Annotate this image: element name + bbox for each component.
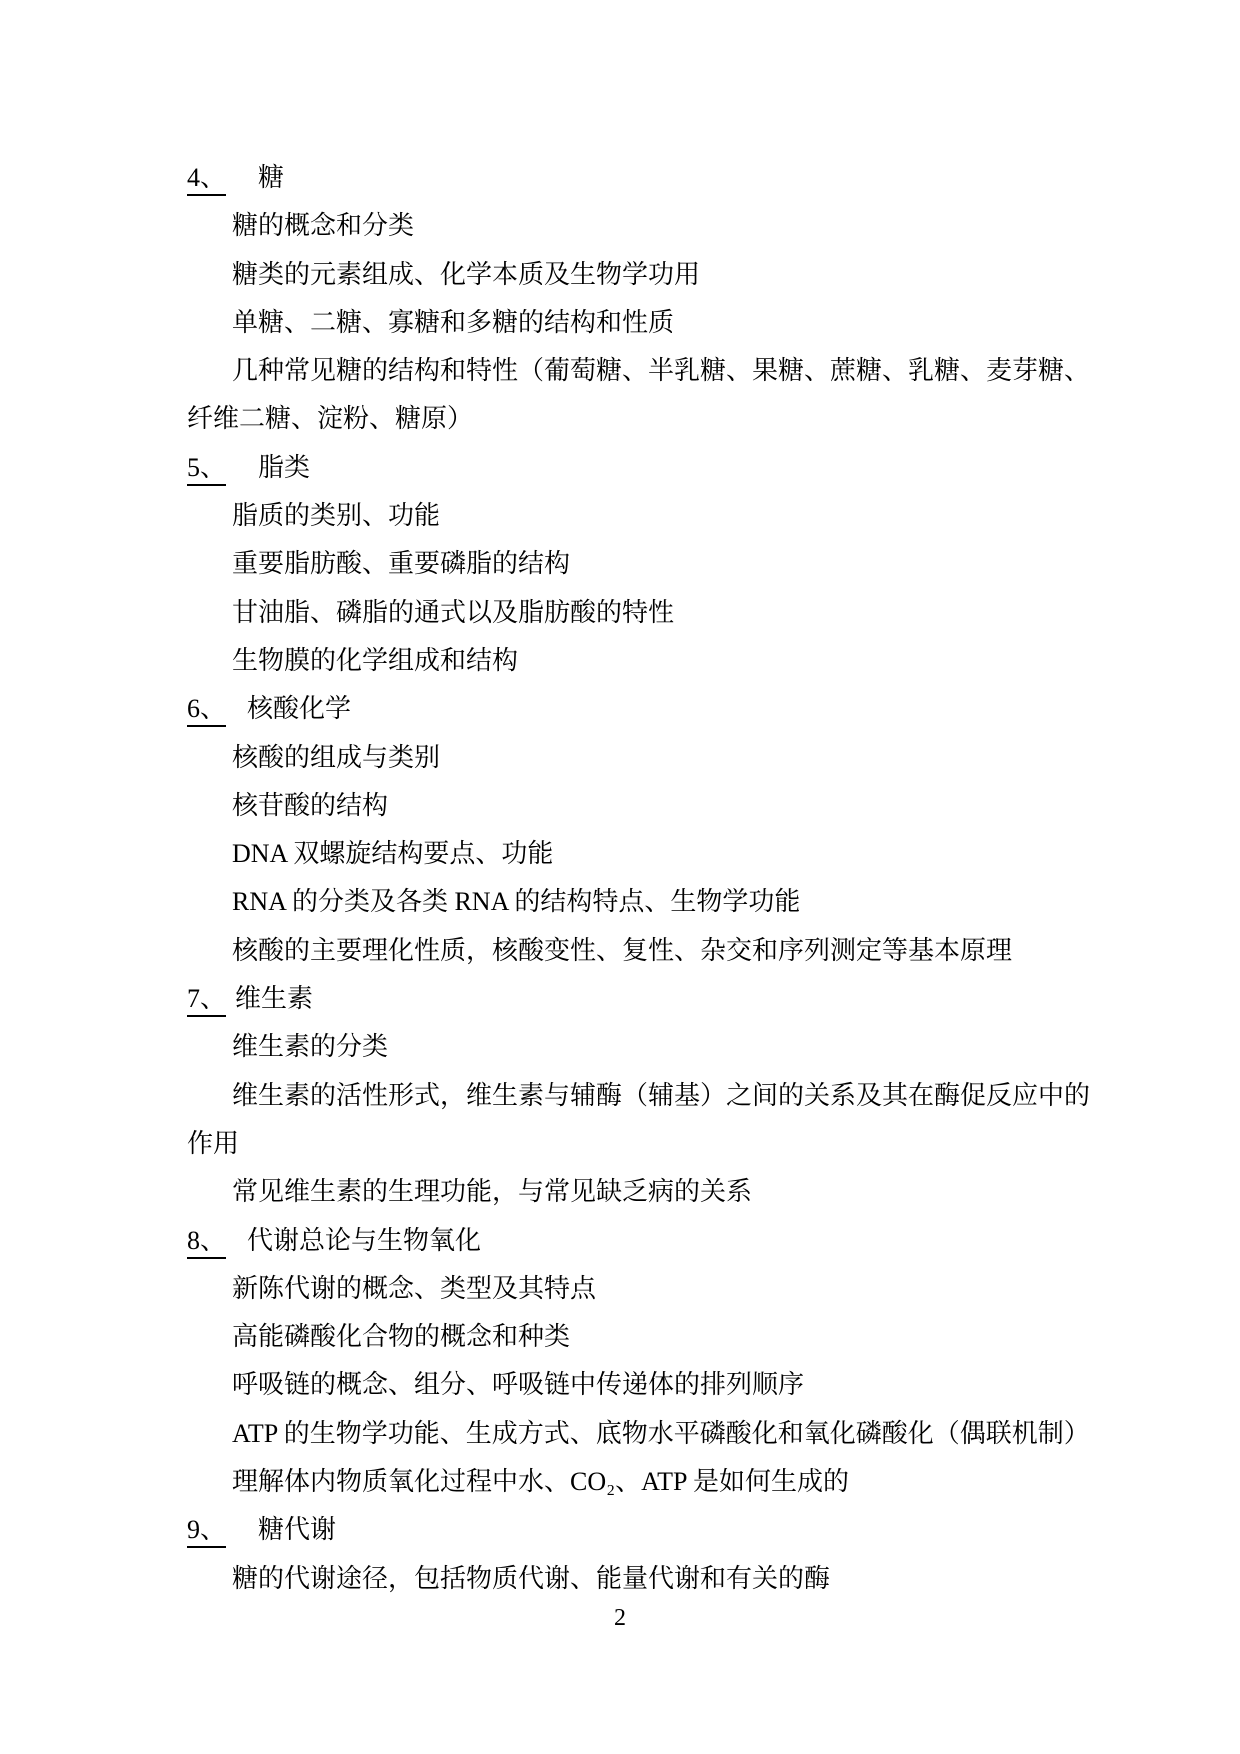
topic-line: 甘油脂、磷脂的通式以及脂肪酸的特性 [187,589,1147,637]
page-number: 2 [0,1601,1240,1635]
section-number: 5、 [187,453,226,486]
topic-line: RNA 的分类及各类 RNA 的结构特点、生物学功能 [187,878,1147,926]
section-heading: 6、核酸化学 [187,685,1147,733]
section-title: 核酸化学 [247,694,351,723]
topic-line: 核酸的主要理化性质，核酸变性、复性、杂交和序列测定等基本原理 [187,927,1147,975]
section-heading: 8、代谢总论与生物氧化 [187,1217,1147,1265]
section-title: 脂类 [258,453,310,482]
topic-line: 糖的概念和分类 [187,202,1147,250]
topic-line: 几种常见糖的结构和特性（葡萄糖、半乳糖、果糖、蔗糖、乳糖、麦芽糖、 [187,347,1147,395]
topic-line: 维生素的分类 [187,1023,1147,1071]
topic-line: 糖的代谢途径，包括物质代谢、能量代谢和有关的酶 [187,1555,1147,1603]
section-number: 4、 [187,163,226,196]
section-heading: 9、糖代谢 [187,1506,1147,1554]
topic-line: 重要脂肪酸、重要磷脂的结构 [187,540,1147,588]
section-title: 糖 [258,163,284,192]
section-heading: 4、糖 [187,154,1147,202]
section-title: 代谢总论与生物氧化 [247,1226,481,1255]
section-number: 9、 [187,1515,226,1548]
topic-line: DNA 双螺旋结构要点、功能 [187,830,1147,878]
paragraph-continuation-line: 纤维二糖、淀粉、糖原） [187,395,1147,443]
section-title: 糖代谢 [258,1515,336,1544]
topic-line: 生物膜的化学组成和结构 [187,637,1147,685]
document-page: { "page": { "number_label": "2" }, "docu… [0,0,1240,1754]
paragraph-continuation-line: 作用 [187,1120,1147,1168]
section-number: 8、 [187,1226,226,1259]
section-heading: 5、脂类 [187,444,1147,492]
section-heading: 7、维生素 [187,975,1147,1023]
topic-line: 脂质的类别、功能 [187,492,1147,540]
topic-line: 常见维生素的生理功能，与常见缺乏病的关系 [187,1168,1147,1216]
topic-line: 呼吸链的概念、组分、呼吸链中传递体的排列顺序 [187,1361,1147,1409]
topic-line: 核酸的组成与类别 [187,734,1147,782]
topic-line: 维生素的活性形式，维生素与辅酶（辅基）之间的关系及其在酶促反应中的 [187,1072,1147,1120]
text-block: 4、糖糖的概念和分类糖类的元素组成、化学本质及生物学功用单糖、二糖、寡糖和多糖的… [187,154,1147,1603]
section-title: 维生素 [235,984,313,1013]
topic-line: 糖类的元素组成、化学本质及生物学功用 [187,251,1147,299]
section-number: 7、 [187,984,226,1017]
topic-line: ATP 的生物学功能、生成方式、底物水平磷酸化和氧化磷酸化（偶联机制） [187,1410,1147,1458]
topic-line: 理解体内物质氧化过程中水、CO₂、ATP 是如何生成的 [187,1458,1147,1506]
topic-line: 核苷酸的结构 [187,782,1147,830]
topic-line: 新陈代谢的概念、类型及其特点 [187,1265,1147,1313]
section-number: 6、 [187,694,226,727]
topic-line: 高能磷酸化合物的概念和种类 [187,1313,1147,1361]
topic-line: 单糖、二糖、寡糖和多糖的结构和性质 [187,299,1147,347]
